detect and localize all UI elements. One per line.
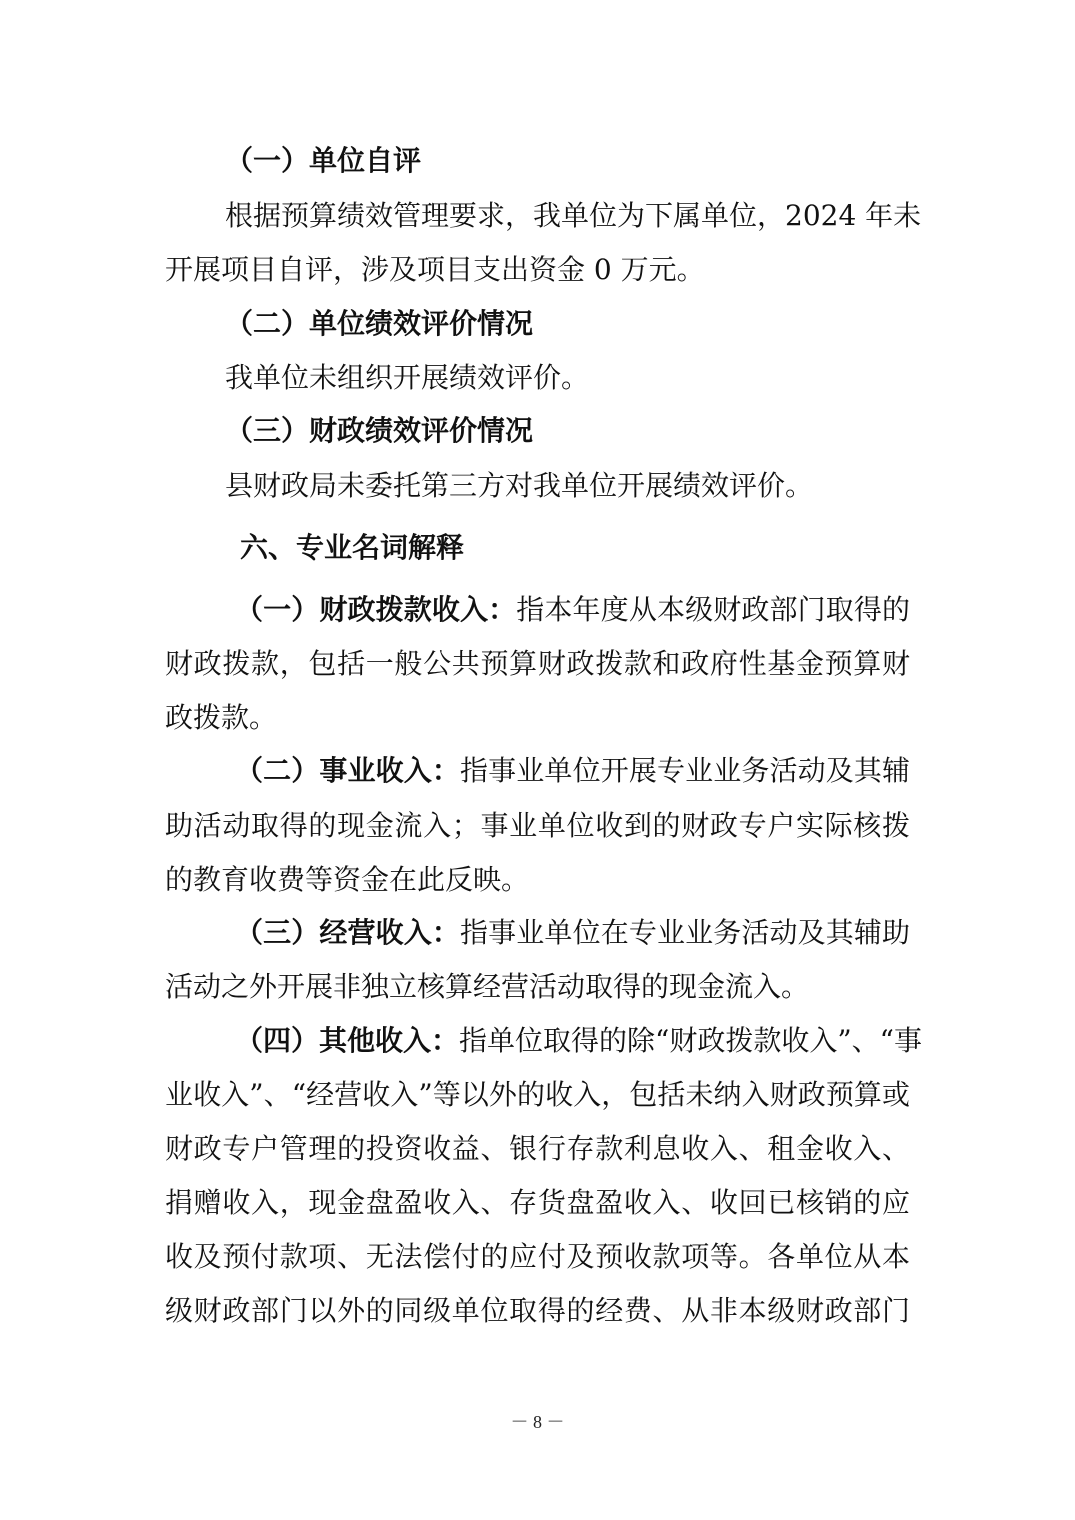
document-page: （一）单位自评 根据预算绩效管理要求，我单位为下属单位，2024 年未 开展项目…: [0, 0, 1075, 1520]
section-heading-self-evaluation: （一）单位自评: [225, 141, 910, 181]
term-definition-line: （二）事业收入：指事业单位开展专业业务活动及其辅: [235, 751, 910, 791]
paragraph-line: 根据预算绩效管理要求，我单位为下属单位，2024 年未: [225, 196, 910, 236]
term-text: 指单位取得的除“财政拨款收入”、“事: [459, 1024, 922, 1057]
section-heading-unit-performance: （二）单位绩效评价情况: [225, 304, 910, 344]
term-text: 指本年度从本级财政部门取得的: [516, 593, 910, 626]
paragraph-line: 助活动取得的现金流入；事业单位收到的财政专户实际核拨: [165, 806, 910, 846]
term-definition-line: （三）经营收入：指事业单位在专业业务活动及其辅助: [235, 913, 910, 953]
term-label: （一）财政拨款收入：: [235, 593, 516, 626]
term-label: （四）其他收入：: [235, 1024, 459, 1057]
term-text: 指事业单位在专业业务活动及其辅助: [460, 916, 910, 949]
paragraph-line: 收及预付款项、无法偿付的应付及预收款项等。各单位从本: [165, 1237, 910, 1277]
paragraph-line: 财政拨款，包括一般公共预算财政拨款和政府性基金预算财: [165, 644, 910, 684]
term-text: 指事业单位开展专业业务活动及其辅: [460, 754, 910, 787]
term-definition-line: （一）财政拨款收入：指本年度从本级财政部门取得的: [235, 590, 910, 630]
term-label: （三）经营收入：: [235, 916, 460, 949]
paragraph-line: 我单位未组织开展绩效评价。: [225, 358, 910, 398]
paragraph-line: 的教育收费等资金在此反映。: [165, 860, 910, 900]
paragraph-line: 活动之外开展非独立核算经营活动取得的现金流入。: [165, 967, 910, 1007]
section-heading-finance-performance: （三）财政绩效评价情况: [225, 411, 910, 451]
paragraph-line: 开展项目自评，涉及项目支出资金 0 万元。: [165, 250, 910, 290]
paragraph-line: 业收入”、“经营收入”等以外的收入，包括未纳入财政预算或: [165, 1075, 910, 1115]
paragraph-line: 政拨款。: [165, 698, 910, 738]
chapter-heading-glossary: 六、专业名词解释: [240, 528, 985, 568]
page-number: － 8 －: [0, 1408, 1075, 1434]
term-definition-line: （四）其他收入：指单位取得的除“财政拨款收入”、“事: [235, 1021, 910, 1061]
paragraph-line: 县财政局未委托第三方对我单位开展绩效评价。: [225, 466, 910, 506]
paragraph-line: 财政专户管理的投资收益、银行存款利息收入、租金收入、: [165, 1129, 910, 1169]
term-label: （二）事业收入：: [235, 754, 460, 787]
paragraph-line: 捐赠收入，现金盘盈收入、存货盘盈收入、收回已核销的应: [165, 1183, 910, 1223]
paragraph-line: 级财政部门以外的同级单位取得的经费、从非本级财政部门: [165, 1291, 910, 1331]
